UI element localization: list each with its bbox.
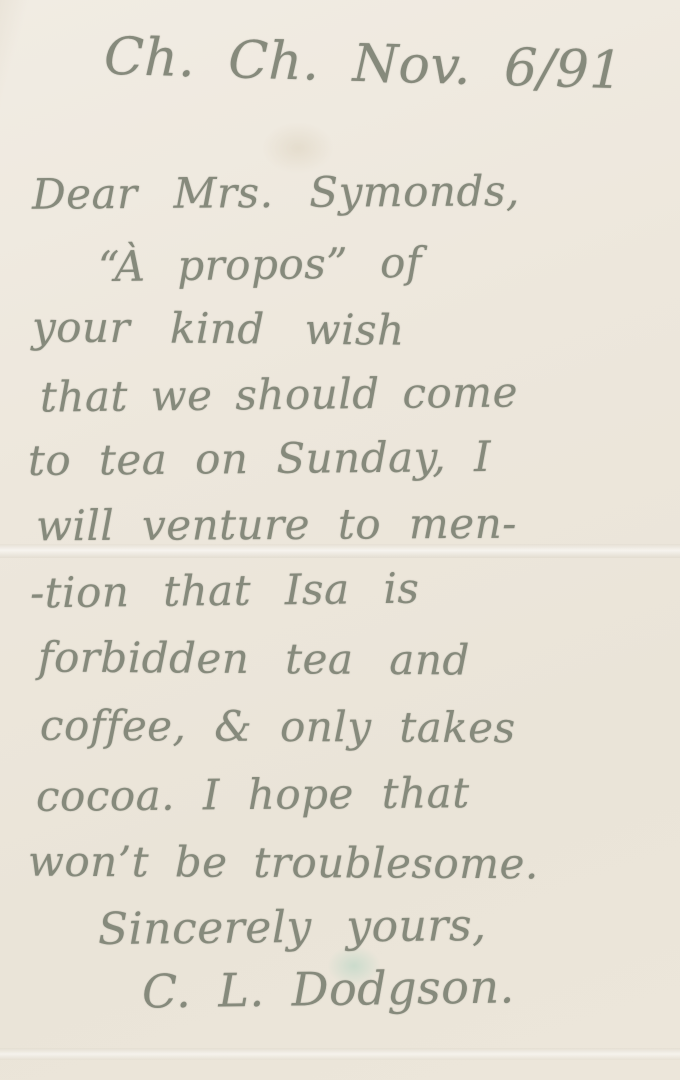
letter-body-line: “À propos” of [98,238,423,292]
letter-body-line: forbidden tea and [38,632,470,684]
letter-body-line: cocoa. I hope that [36,768,470,821]
letter-body-line: won’t be troublesome. [28,837,539,889]
fold-crease-bottom [0,1048,680,1060]
letter-body-line: -tion that Isa is [30,564,420,618]
letter-salutation: Dear Mrs. Symonds, [32,166,520,218]
letter-body-line: coffee, & only takes [40,701,516,752]
letter-body-line: your kind wish [32,302,405,354]
letter-signature: C. L. Dodgson. [142,959,515,1018]
letter-body-line: to tea on Sunday, I [28,432,491,485]
letter-page: Ch. Ch. Nov. 6/91 Dear Mrs. Symonds, “À… [0,0,680,1080]
letter-dateline: Ch. Ch. Nov. 6/91 [103,27,623,101]
letter-closing: Sincerely yours, [98,900,487,955]
paper-blemish [262,122,334,174]
letter-body-line: that we should come [40,367,518,421]
letter-body-line: will venture to men- [36,499,517,551]
